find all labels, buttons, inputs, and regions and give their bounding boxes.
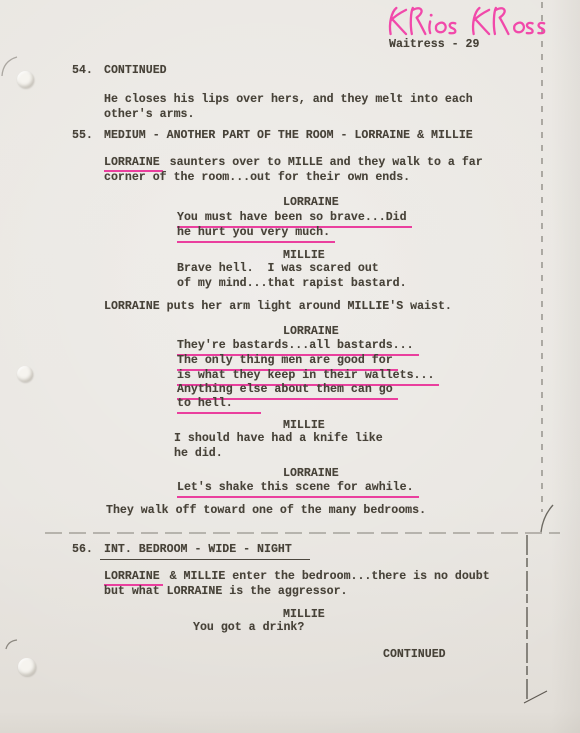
character-name: LORRAINE: [283, 196, 339, 210]
stroke: [393, 20, 407, 34]
scene-heading: CONTINUED: [104, 64, 167, 78]
stroke: [390, 8, 396, 34]
stroke: [496, 8, 505, 17]
action-line: They walk off toward one of the many bed…: [106, 504, 426, 518]
scene-heading-underlined: INT. BEDROOM - WIDE - NIGHT: [100, 543, 310, 560]
hole-punch-top: [17, 71, 34, 88]
stroke: [514, 23, 524, 33]
character-name: LORRAINE: [283, 467, 339, 481]
underlined-word: LORRAINE: [104, 156, 163, 172]
hole-punch-middle: [17, 366, 33, 382]
stroke: [538, 23, 544, 33]
stroke: [476, 20, 490, 34]
stroke: [494, 8, 496, 34]
stroke: [436, 23, 446, 33]
handwriting-strokes: [379, 1, 549, 40]
stroke: [411, 8, 413, 34]
stroke: [527, 23, 533, 33]
character-name: LORRAINE: [283, 325, 339, 339]
action-line: He closes his lips over hers, and they m…: [104, 93, 473, 107]
dialogue-line: Brave hell. I was scared out: [177, 262, 379, 276]
action-line: but what LORRAINE is the aggressor.: [104, 585, 348, 599]
continued-footer: CONTINUED: [383, 648, 446, 662]
hole-punch-bottom: [18, 658, 36, 676]
stroke: [413, 8, 422, 17]
action-line: corner of the room...out for their own e…: [104, 171, 410, 185]
i-dot: [430, 14, 433, 17]
stroke: [500, 18, 509, 34]
pen-arc-bottom-left: [6, 640, 17, 649]
action-line: LORRAINE & MILLIE enter the bedroom...th…: [104, 570, 490, 584]
pen-tick-mark: [524, 691, 547, 703]
dialogue-line: I should have had a knife like: [174, 432, 383, 446]
action-line: LORRAINE puts her arm light around MILLI…: [104, 300, 452, 314]
stroke: [450, 23, 456, 33]
action-text: & MILLIE enter the bedroom...there is no…: [163, 570, 490, 583]
action-text: saunters over to MILLE and they walk to …: [163, 156, 483, 169]
pen-arc-top-left: [2, 57, 17, 76]
stroke: [391, 10, 406, 21]
script-page: Waitress - 29 54. CONTINUED He closes hi…: [0, 0, 580, 733]
stroke: [474, 10, 489, 21]
handwriting-group: [390, 8, 544, 34]
underlined-word: LORRAINE: [104, 570, 163, 586]
scene-heading: MEDIUM - ANOTHER PART OF THE ROOM - LORR…: [104, 129, 473, 143]
stroke: [429, 21, 430, 33]
pen-curve-mark: [541, 505, 553, 532]
dialogue-line-underlined: Let's shake this scene for awhile.: [177, 481, 419, 498]
dialogue-line-underlined: to hell.: [177, 397, 261, 414]
action-line: other's arms.: [104, 108, 194, 122]
dialogue-line-underlined: he hurt you very much.: [177, 226, 335, 243]
scene-number: 54.: [72, 64, 93, 78]
scene-number: 56.: [72, 543, 93, 557]
stroke: [473, 8, 479, 34]
page-label: Waitress - 29: [389, 38, 479, 52]
action-line: LORRAINE saunters over to MILLE and they…: [104, 156, 483, 170]
stroke: [417, 18, 426, 34]
dialogue-line: of my mind...that rapist bastard.: [177, 277, 407, 291]
scene-number: 55.: [72, 129, 93, 143]
dialogue-line: he did.: [174, 447, 223, 461]
dialogue-line: You got a drink?: [193, 621, 304, 635]
